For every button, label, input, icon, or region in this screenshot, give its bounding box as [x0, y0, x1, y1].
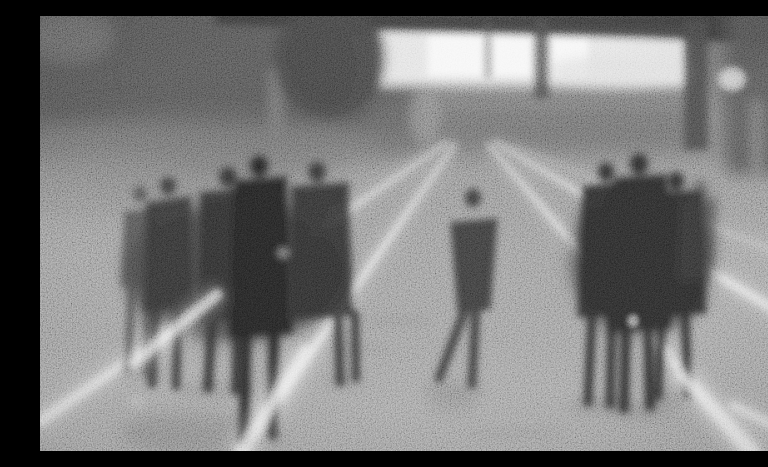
photo-canvas [40, 16, 768, 451]
film-grain-fine [40, 16, 768, 451]
band-photo-on-railway-tracks [40, 16, 768, 451]
